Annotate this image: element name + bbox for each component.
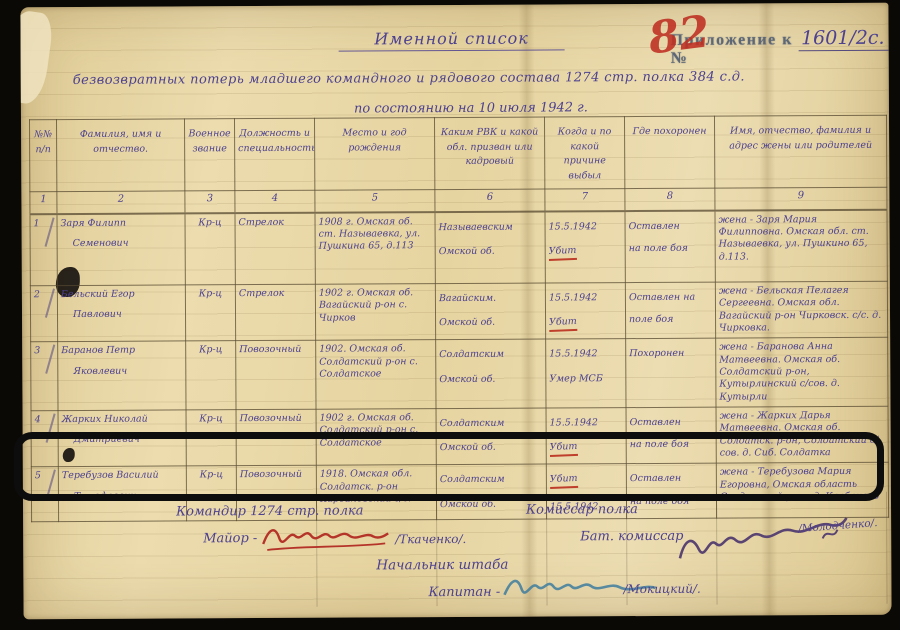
cell-family: жена - Бельская Пелагея Сергеевна. Омска… [715, 281, 887, 338]
cell-birth: 1902. Омская об. Солдатский р-он с. Солд… [316, 340, 436, 409]
header-birth: Место и год рождения [314, 118, 434, 191]
cell-rank: Кр-ц [186, 341, 236, 410]
commander-rank: Майор - [203, 531, 257, 546]
check-stroke [45, 345, 55, 374]
cell-buried: Оставлен наполе боя [625, 282, 715, 339]
cell-name: Баранов ПетрЯковлевич [58, 341, 186, 410]
cell-buried: Похоронен [626, 339, 716, 408]
tkachenko-signature [259, 521, 391, 556]
cell-buried: Оставленна поле боя [625, 210, 715, 282]
cell-family: жена - Заря Мария Филипповна. Омская обл… [715, 209, 887, 282]
col-number: 3 [185, 191, 235, 213]
cell-name: Заря ФилиппСеменович [57, 213, 185, 286]
subtitle-date: по состоянию на 10 июля 1942 г. [326, 100, 616, 117]
check-stroke [45, 217, 55, 246]
table-row: 1 Заря ФилиппСеменович Кр-ц Стрелок 1908… [30, 209, 887, 285]
header-buried: Где похоронен [624, 116, 714, 188]
col-number: 4 [235, 190, 315, 212]
cell-birth: 1908 г. Омская об. ст. Называевка, ул. П… [315, 212, 435, 285]
cell-position: Стрелок [235, 284, 315, 341]
table-row: 2 Бельский ЕгорПавлович Кр-ц Стрелок 190… [30, 281, 887, 342]
red-page-number: 82 [646, 6, 713, 64]
commissar-title: Комиссар полка [526, 502, 638, 518]
paper-sheet: Именной список 82 Приложение к № 1601/2с… [20, 3, 891, 620]
cell-drafted: Вагайским.Омской об. [435, 283, 545, 340]
header-family: Имя, отчество, фамилия и адрес жены или … [714, 115, 886, 188]
cell-rank: Кр-ц [185, 285, 235, 342]
cell-when-lost: 15.5.1942Убит [545, 283, 625, 340]
cell-number: 2 [30, 286, 57, 343]
cell-number: 3 [31, 342, 58, 411]
header-drafted: Каким РВК и какой обл. призван или кадро… [434, 117, 544, 190]
cell-when-lost: 15.5.1942Убит [545, 211, 625, 283]
highlight-box [14, 432, 884, 501]
col-number: 9 [715, 187, 887, 210]
cell-rank: Кр-ц [185, 213, 235, 285]
header-number: №№ п/п [29, 120, 56, 192]
cell-name: Бельский ЕгорПавлович [57, 285, 185, 342]
chief-of-staff-title: Начальник штаба [376, 557, 508, 574]
commander-title: Командир 1274 стр. полка [176, 503, 364, 519]
cell-position: Стрелок [235, 212, 315, 284]
header-position: Должность и специальность [234, 118, 314, 190]
cell-number: 1 [30, 214, 57, 286]
header-rank: Военное звание [184, 119, 234, 191]
cell-birth: 1902 г. Омская об. Вагайский р-он с. Чир… [315, 284, 435, 341]
cell-family: жена - Баранова Анна Матвеевна. Омская о… [716, 338, 888, 408]
check-stroke [45, 288, 55, 317]
cell-drafted: СолдатскимОмской об. [436, 339, 546, 408]
commander-name: /Ткаченко/. [395, 532, 466, 546]
document-scan: Именной список 82 Приложение к № 1601/2с… [0, 0, 900, 630]
col-number: 6 [435, 189, 545, 212]
stamp-number: 1601/2с. [799, 27, 889, 51]
chief-rank: Капитан - [428, 585, 500, 600]
table-row: 3 Баранов ПетрЯковлевич Кр-ц Повозочный … [31, 338, 888, 411]
col-number: 5 [315, 190, 435, 213]
cell-position: Повозочный [236, 341, 316, 410]
col-number: 2 [57, 191, 185, 214]
col-number: 1 [30, 192, 57, 214]
col-number: 8 [625, 188, 715, 210]
col-number: 7 [545, 189, 625, 211]
cell-when-lost: 15.5.1942Умер МСБ [546, 339, 626, 408]
header-when-lost: Когда и по какой причине выбыл [544, 117, 624, 189]
page-title: Именной список [339, 28, 565, 51]
cell-drafted: НазываевскимОмской об. [435, 211, 545, 284]
chief-name: /Мокицкий/. [623, 582, 700, 596]
table-header-row: №№ п/п Фамилия, имя и отчество. Военное … [29, 115, 886, 191]
header-name: Фамилия, имя и отчество. [56, 119, 184, 192]
